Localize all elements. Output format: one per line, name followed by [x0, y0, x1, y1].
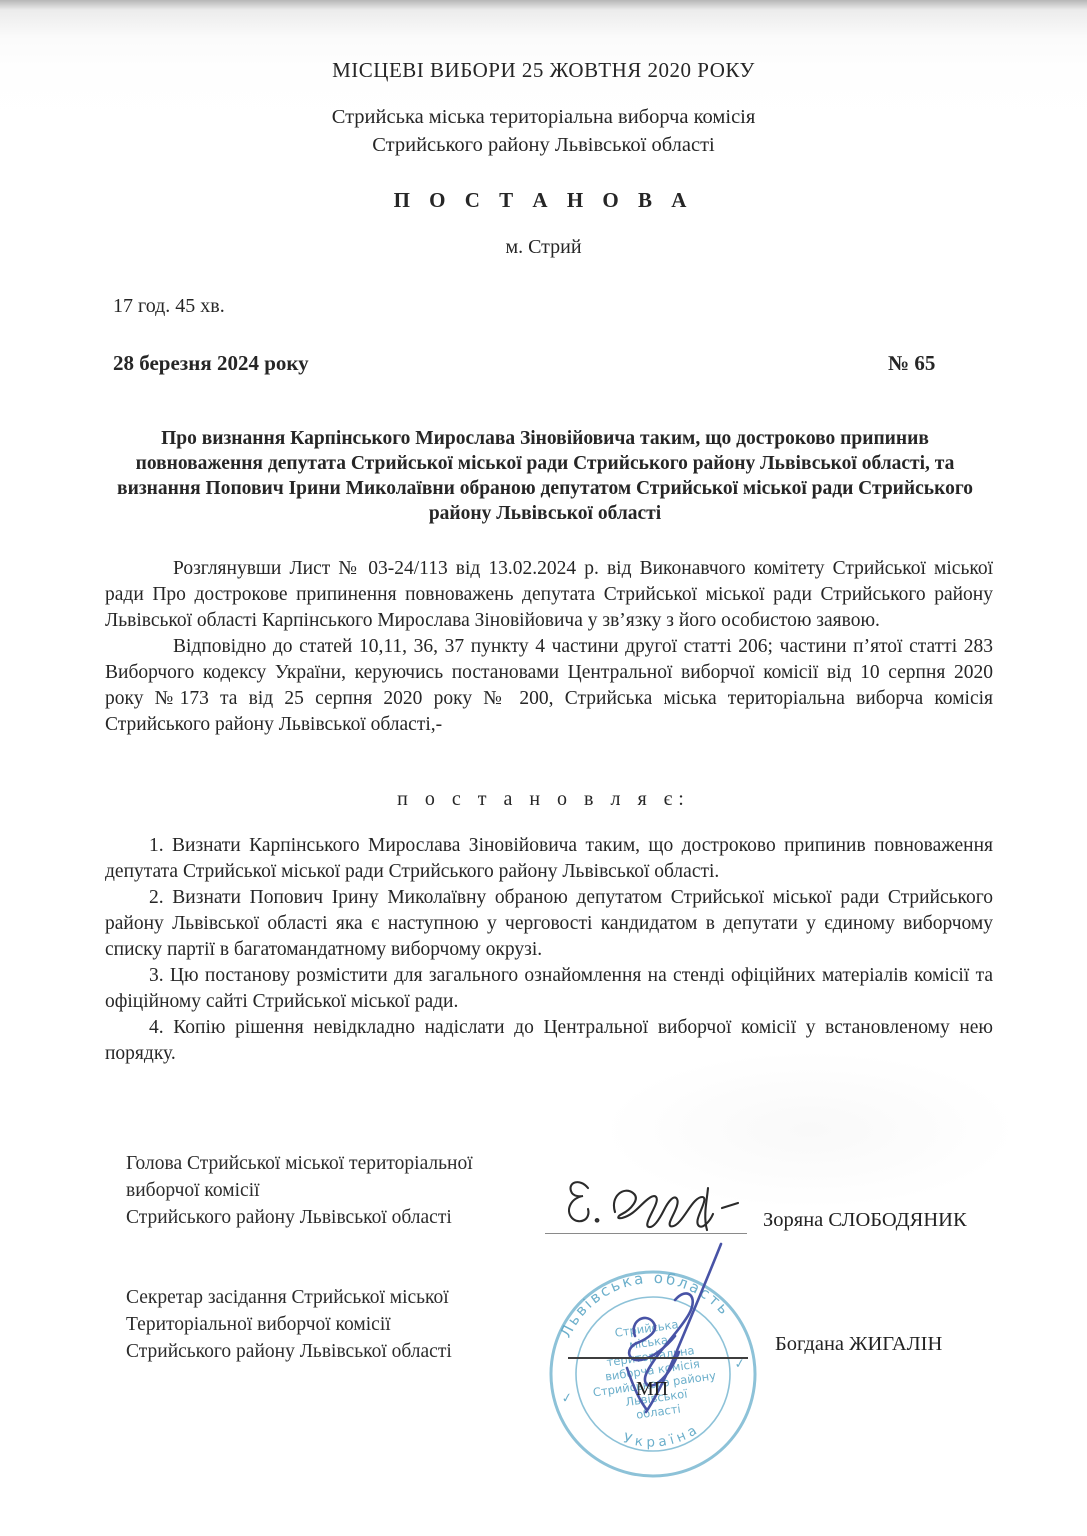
resolution-item-1: 1. Визнати Карпінського Мирослава Зінові…	[105, 833, 993, 885]
resolves-label: п о с т а н о в л я є:	[0, 788, 1087, 811]
preamble-paragraph-2: Відповідно до статей 10,11, 36, 37 пункт…	[105, 634, 993, 738]
secretary-signature-line	[568, 1357, 748, 1359]
document-number: № 65	[888, 351, 935, 376]
preamble: Розглянувши Лист № 03-24/113 від 13.02.2…	[105, 556, 993, 738]
secretary-position-caption: Секретар засідання Стрийської міської Те…	[126, 1284, 452, 1365]
stamp-left-mark: ✓	[561, 1391, 574, 1407]
time-of-adoption: 17 год. 45 хв.	[113, 295, 225, 318]
document-type-heading: П О С Т А Н О В А	[0, 188, 1087, 213]
resolution-item-4: 4. Копію рішення невідкладно надіслати д…	[105, 1015, 993, 1067]
secretary-position-line2: Територіальної виборчої комісії	[126, 1311, 452, 1338]
date-of-adoption: 28 березня 2024 року	[113, 351, 309, 376]
election-header: МІСЦЕВІ ВИБОРИ 25 ЖОВТНЯ 2020 РОКУ	[0, 58, 1087, 83]
secretary-position-line3: Стрийського району Львівської області	[126, 1338, 452, 1365]
secretary-position-line1: Секретар засідання Стрийської міської	[126, 1284, 452, 1311]
resolution-items: 1. Визнати Карпінського Мирослава Зінові…	[105, 833, 993, 1067]
head-position-caption: Голова Стрийської міської територіальної…	[126, 1150, 473, 1231]
head-name: Зоряна СЛОБОДЯНИК	[763, 1209, 967, 1232]
commission-name-line1: Стрийська міська територіальна виборча к…	[0, 106, 1087, 129]
resolution-item-3: 3. Цю постанову розмістити для загальног…	[105, 963, 993, 1015]
preamble-paragraph-1: Розглянувши Лист № 03-24/113 від 13.02.2…	[105, 556, 993, 634]
head-signature-autograph	[560, 1172, 770, 1236]
head-position-line2: виборчої комісії	[126, 1177, 473, 1204]
head-position-line3: Стрийського району Львівської області	[126, 1204, 473, 1231]
commission-name-line2: Стрийського району Львівської області	[0, 134, 1087, 157]
resolution-title: Про визнання Карпінського Мирослава Зіно…	[100, 426, 990, 526]
secretary-name: Богдана ЖИГАЛІН	[775, 1333, 942, 1356]
city-line: м. Стрий	[0, 236, 1087, 259]
resolution-item-2: 2. Визнати Попович Ірину Миколаївну обра…	[105, 885, 993, 963]
seal-place-label: МП	[636, 1378, 668, 1401]
document-page: МІСЦЕВІ ВИБОРИ 25 ЖОВТНЯ 2020 РОКУ Стрий…	[0, 0, 1087, 1536]
head-position-line1: Голова Стрийської міської територіальної	[126, 1150, 473, 1177]
